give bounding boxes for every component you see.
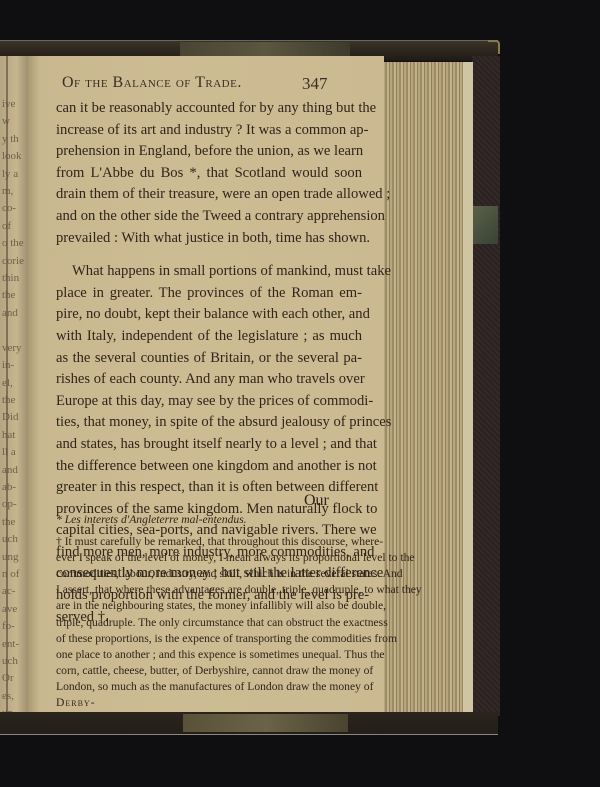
text-line: from L'Abbe du Bos *, that Scotland woul…	[56, 163, 362, 185]
footnote-star: * Les interets d'Angleterre mal-entendus…	[56, 512, 362, 528]
book-page: Of the Balance of Trade. 347 can it be r…	[28, 56, 384, 712]
previous-page-text: ive w y th look ly a m, co- of o the cor…	[2, 96, 24, 716]
text-line: drain them of their treasure, were an op…	[56, 184, 362, 206]
book-cover-bottom-edge	[0, 712, 498, 735]
footnote-line: one place to another ; and this expence …	[56, 647, 362, 663]
fore-edge-last-leaf	[463, 62, 473, 712]
footnote-line: corn, cattle, cheese, butter, of Derbysh…	[56, 663, 362, 679]
text-line: prehension in England, before the union,…	[56, 141, 362, 163]
text-line: can it be reasonably accounted for by an…	[56, 98, 362, 120]
catchword: Our	[304, 492, 329, 510]
footnote-line: London, so much as the manufactures of L…	[56, 679, 362, 695]
paragraph-gap	[56, 249, 362, 261]
text-line: What happens in small portions of mankin…	[56, 261, 362, 283]
page-number: 347	[302, 74, 328, 94]
previous-page-sliver: ive w y th look ly a m, co- of o the cor…	[0, 56, 28, 716]
text-line: increase of its art and industry ? It wa…	[56, 120, 362, 142]
text-line: the difference between one kingdom and a…	[56, 456, 362, 478]
page-fore-edge	[383, 62, 473, 712]
running-head: Of the Balance of Trade. 347	[62, 74, 362, 96]
footnote-line: ever I speak of the level of money, I me…	[56, 550, 362, 566]
text-line: and states, has brought itself nearly to…	[56, 434, 362, 456]
footnote-catchword: Derby-	[56, 695, 362, 711]
footnotes: * Les interets d'Angleterre mal-entendus…	[56, 512, 362, 711]
cover-corner	[488, 40, 500, 54]
footnote-line: are in the neighbouring states, the mone…	[56, 598, 362, 614]
footnote-line: commodities, labour, industry, and skill…	[56, 566, 362, 582]
text-line: pire, no doubt, kept their balance with …	[56, 304, 362, 326]
footnote-line: of these proportions, is the expence of …	[56, 631, 362, 647]
cover-tape-bottom	[183, 714, 348, 732]
text-line: Europe at this day, may see by the price…	[56, 391, 362, 413]
text-line: with Italy, independent of the legislatu…	[56, 326, 362, 348]
footnote-line: † It must carefully be remarked, that th…	[56, 534, 362, 550]
footnote-line: I assert, that where these advantages ar…	[56, 582, 362, 598]
text-line: ties, that money, in spite of the absurd…	[56, 412, 362, 434]
text-line: prevailed : With what justice in both, t…	[56, 228, 362, 250]
cover-band	[472, 206, 498, 244]
book-cover-right	[472, 56, 500, 716]
text-line: rishes of each county. And any man who t…	[56, 369, 362, 391]
text-line: place in greater. The provinces of the R…	[56, 283, 362, 305]
footnote-line: triple, quadruple. The only circumstance…	[56, 615, 362, 631]
running-head-title: Of the Balance of Trade.	[62, 74, 242, 92]
text-line: as the several counties of Britain, or t…	[56, 348, 362, 370]
text-line: and on the other side the Tweed a contra…	[56, 206, 362, 228]
